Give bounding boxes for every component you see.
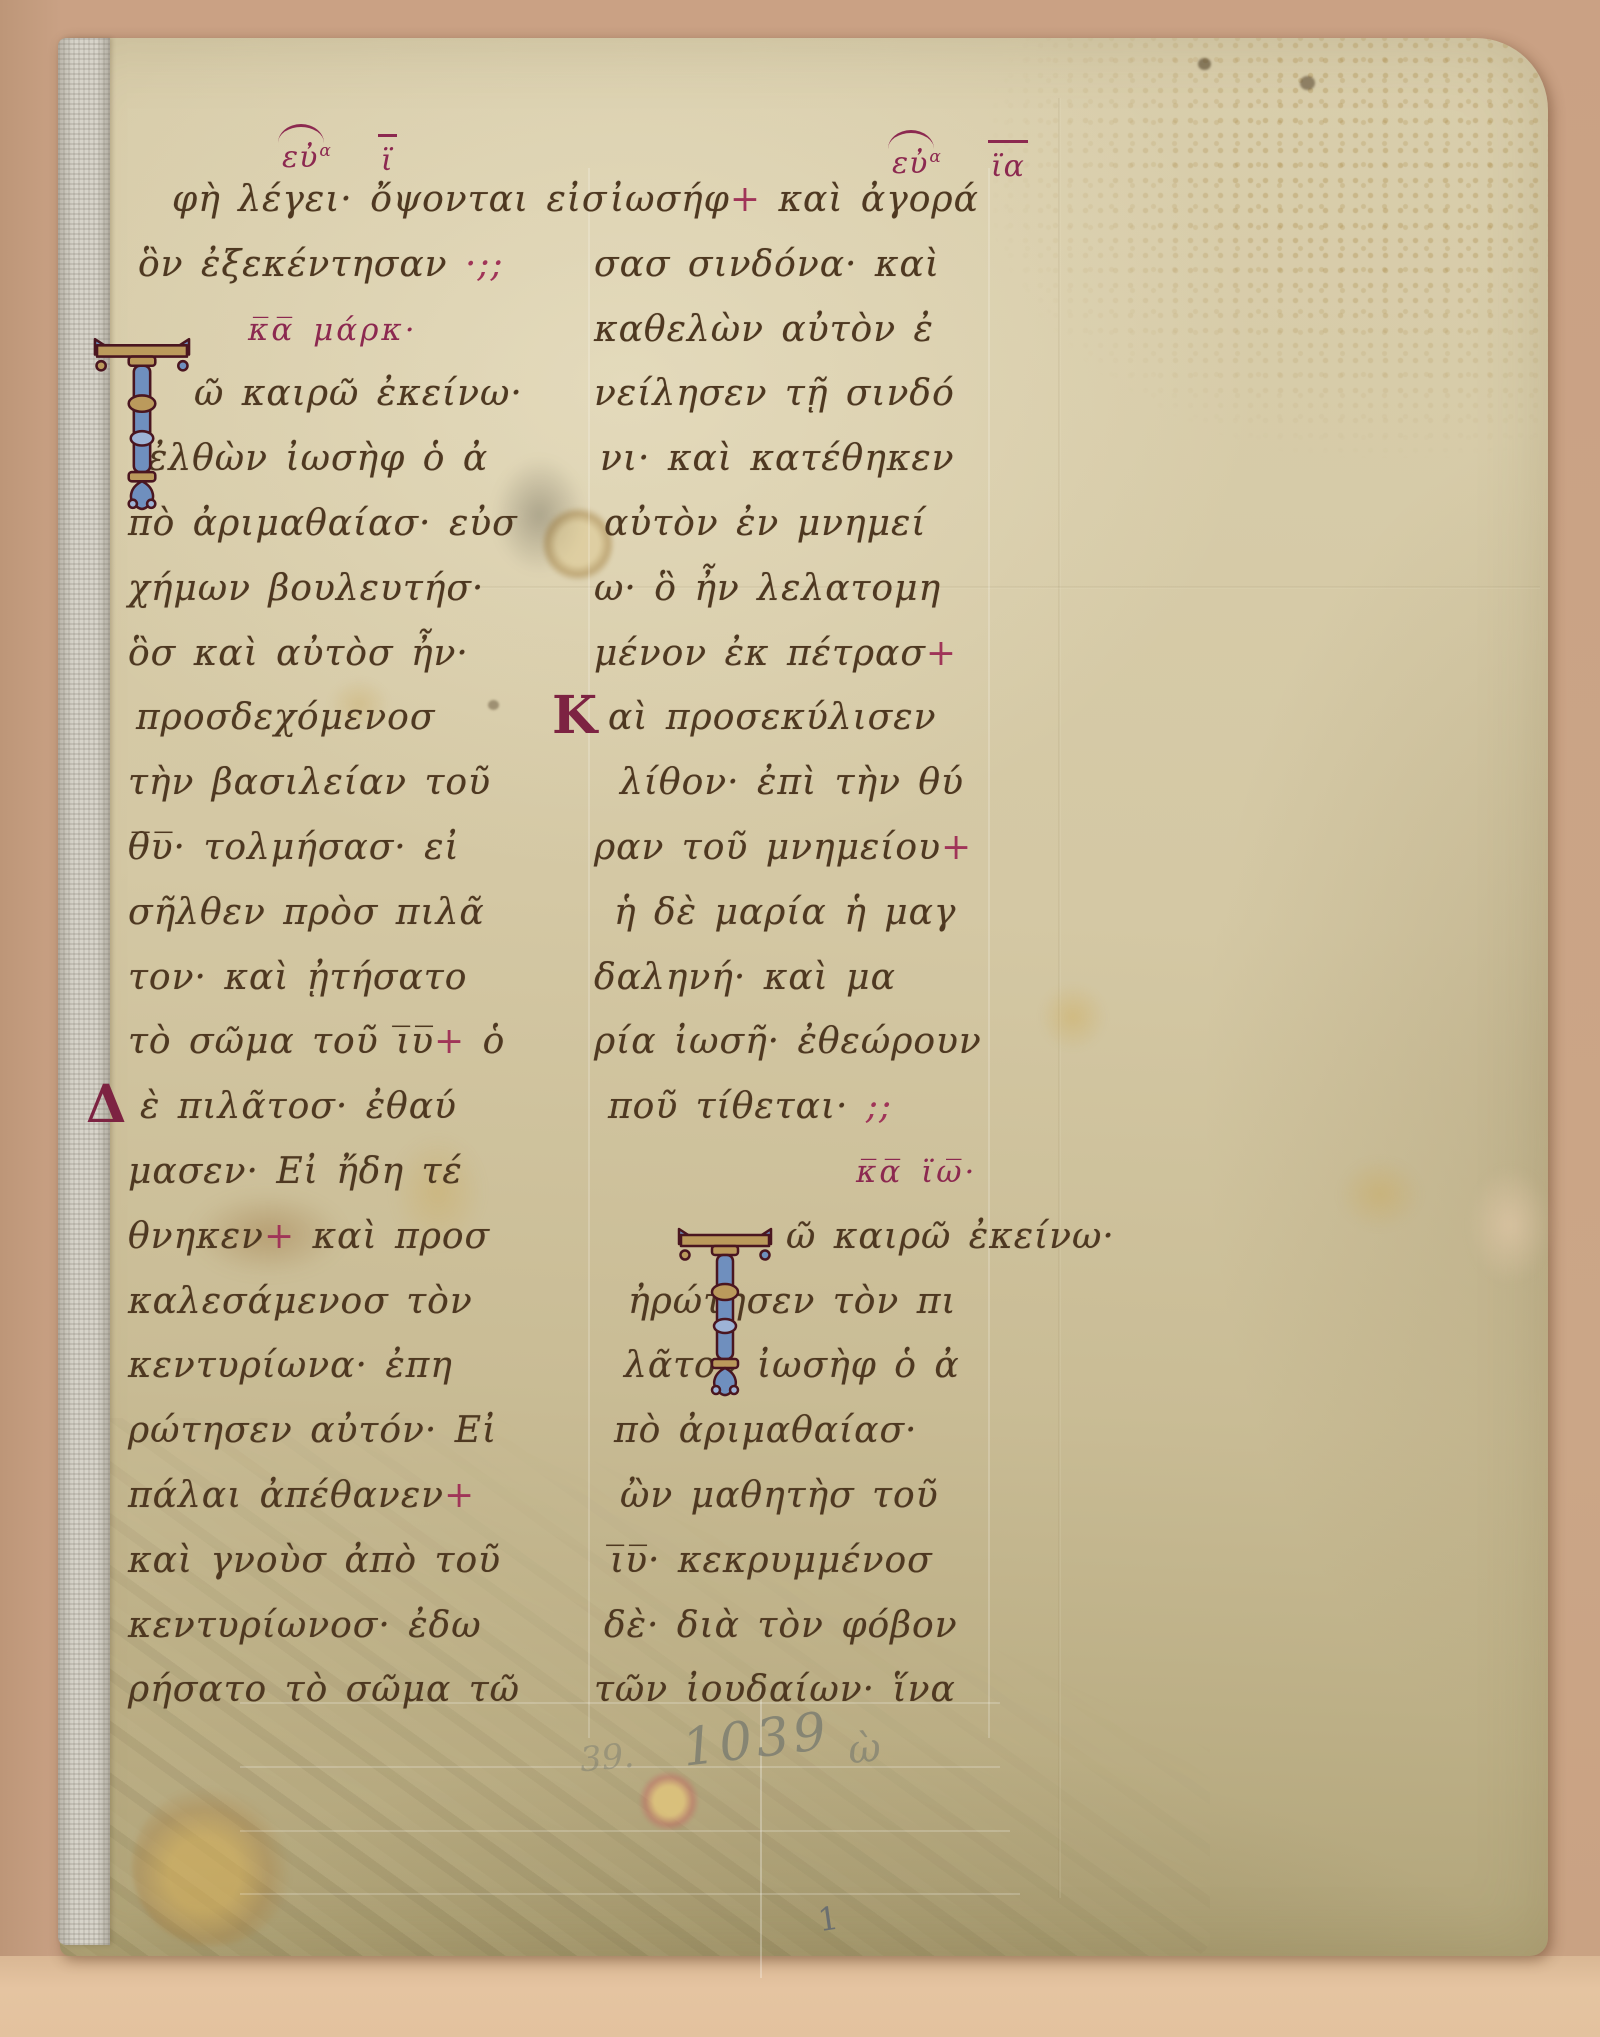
- text-line: ὃν ἐξεκέντησαν ·;;: [128, 233, 558, 298]
- text-line: ὃσ καὶ αὐτὸσ ἦν·: [128, 622, 558, 687]
- text-line: ρώτησεν αὐτόν· Εἰ: [128, 1399, 558, 1464]
- text-line: σασ σινδόνα· καὶ: [594, 233, 1034, 298]
- text-line: καλεσάμενοσ τὸν: [128, 1270, 558, 1335]
- ink-dot: [1198, 58, 1211, 70]
- text-line: νι· καὶ κατέθηκεν: [594, 427, 1034, 492]
- illuminated-initial-tau: [88, 330, 196, 514]
- text-line: καθελὼν αὐτὸν ἐ: [594, 298, 1034, 363]
- text-line: νείλησεν τῇ σινδό: [594, 362, 1034, 427]
- text-line: ρία ἰωσῆ· ἐθεώρουν: [594, 1010, 1034, 1075]
- ruling-line: [240, 1830, 1010, 1832]
- text-line: μένον ἐκ πέτρασ+: [594, 622, 1034, 687]
- text-line: ποῦ τίθεται· ;;: [594, 1075, 1034, 1140]
- red-ink-mark: +: [730, 179, 761, 220]
- text-line: καὶ γνοὺσ ἀπὸ τοῦ: [128, 1529, 558, 1594]
- illuminated-initial-tau: [675, 1210, 775, 1410]
- text-line: δαληνή· καὶ μα: [594, 946, 1034, 1011]
- red-ink-mark: +: [941, 827, 972, 868]
- text-line: κεντυρίωνοσ· ἐδω: [128, 1594, 558, 1659]
- margin-initial: Κ: [552, 690, 598, 742]
- pencil-shelfmark-suffix: ὼ: [846, 1724, 883, 1773]
- red-ink-mark: ·;;: [465, 244, 504, 285]
- stain: [132, 1786, 292, 1946]
- text-line: φὴ λέγει· ὄψονται εἰσ: [128, 168, 558, 233]
- text-line: ραν τοῦ μνημείου+: [594, 816, 1034, 881]
- text-line: μασεν· Εἰ ἤδη τέ: [128, 1140, 558, 1205]
- text-line: ῶ καιρῶ ἐκείνω·: [594, 1205, 1034, 1270]
- text-line: αὐτὸν ἐν μνημεί: [594, 492, 1034, 557]
- rubric-line: κ̅α̅ ϊω̅·: [594, 1140, 1034, 1205]
- text-line: λίθον· ἐπὶ τὴν θύ: [594, 751, 1034, 816]
- stain: [1038, 982, 1108, 1052]
- text-line: θνηκεν+ καὶ προσ: [128, 1205, 558, 1270]
- text-line: πάλαι ἀπέθανεν+: [128, 1464, 558, 1529]
- parchment-follicle-texture: [988, 38, 1548, 458]
- parchment-page: εὐα ϊ εὐα ϊα φὴ λέγει· ὄψονται εἰσὃν ἐξε…: [60, 38, 1548, 1956]
- text-line: ἠρώτησεν τὸν πι: [594, 1270, 1034, 1335]
- ruling-line: [240, 1893, 1020, 1895]
- text-line: ἰωσήφ+ καὶ ἀγορά: [594, 168, 1034, 233]
- text-line: ι̅υ̅· κεκρυμμένοσ: [594, 1529, 1034, 1594]
- text-line: λᾶτον ἰωσὴφ ὁ ἀ: [594, 1334, 1034, 1399]
- red-ink-mark: +: [444, 1475, 475, 1516]
- ruling-line: [588, 168, 590, 1738]
- text-line: τὴν βασιλείαν τοῦ: [128, 751, 558, 816]
- text-line: ω· ὃ ἦν λελατομη: [594, 557, 1034, 622]
- text-line: Καὶ προσεκύλισεν: [594, 686, 1034, 751]
- text-line: προσδεχόμενοσ: [128, 686, 558, 751]
- text-line: ἡ δὲ μαρία ἡ μαγ: [594, 881, 1034, 946]
- text-line: Δὲ πιλᾶτοσ· ἐθαύ: [128, 1075, 558, 1140]
- ink-dot: [1300, 76, 1315, 90]
- photo-mat-bottom: [0, 1956, 1600, 2037]
- red-ink-mark: ;;: [866, 1086, 892, 1127]
- text-line: τὸ σῶμα τοῦ ι̅υ̅+ ὁ: [128, 1010, 558, 1075]
- text-line: δὲ· διὰ τὸν φόβον: [594, 1594, 1034, 1659]
- abrasion-spot: [1468, 1166, 1552, 1284]
- pencil-old-shelfmark: 39.: [578, 1736, 635, 1781]
- manuscript-photograph: { "pencil": { "prefix": "39.", "number":…: [0, 0, 1600, 2037]
- red-ink-mark: +: [264, 1216, 295, 1257]
- stain: [1338, 1158, 1422, 1230]
- photo-mat-left: [0, 0, 60, 2037]
- text-line: ρήσατο τὸ σῶμα τῶ: [128, 1658, 558, 1723]
- red-ink-mark: +: [434, 1021, 465, 1062]
- text-line: θ̅υ̅· τολμήσασ· εἰ: [128, 816, 558, 881]
- binding-cloth-strip: [58, 38, 110, 1945]
- text-line: κεντυρίωνα· ἐπη: [128, 1334, 558, 1399]
- margin-initial: Δ: [86, 1079, 127, 1131]
- text-line: πὸ ἀριμαθαίασ·: [594, 1399, 1034, 1464]
- text-line: τον· καὶ ᾐτήσατο: [128, 946, 558, 1011]
- text-line: χήμων βουλευτήσ·: [128, 557, 558, 622]
- red-ink-mark: +: [926, 633, 957, 674]
- text-column-right: ἰωσήφ+ καὶ ἀγοράσασ σινδόνα· καὶκαθελὼν …: [594, 168, 1034, 1748]
- text-line: ὢν μαθητὴσ τοῦ: [594, 1464, 1034, 1529]
- text-line: σῆλθεν πρὸσ πιλᾶ: [128, 881, 558, 946]
- stain: [638, 1770, 700, 1832]
